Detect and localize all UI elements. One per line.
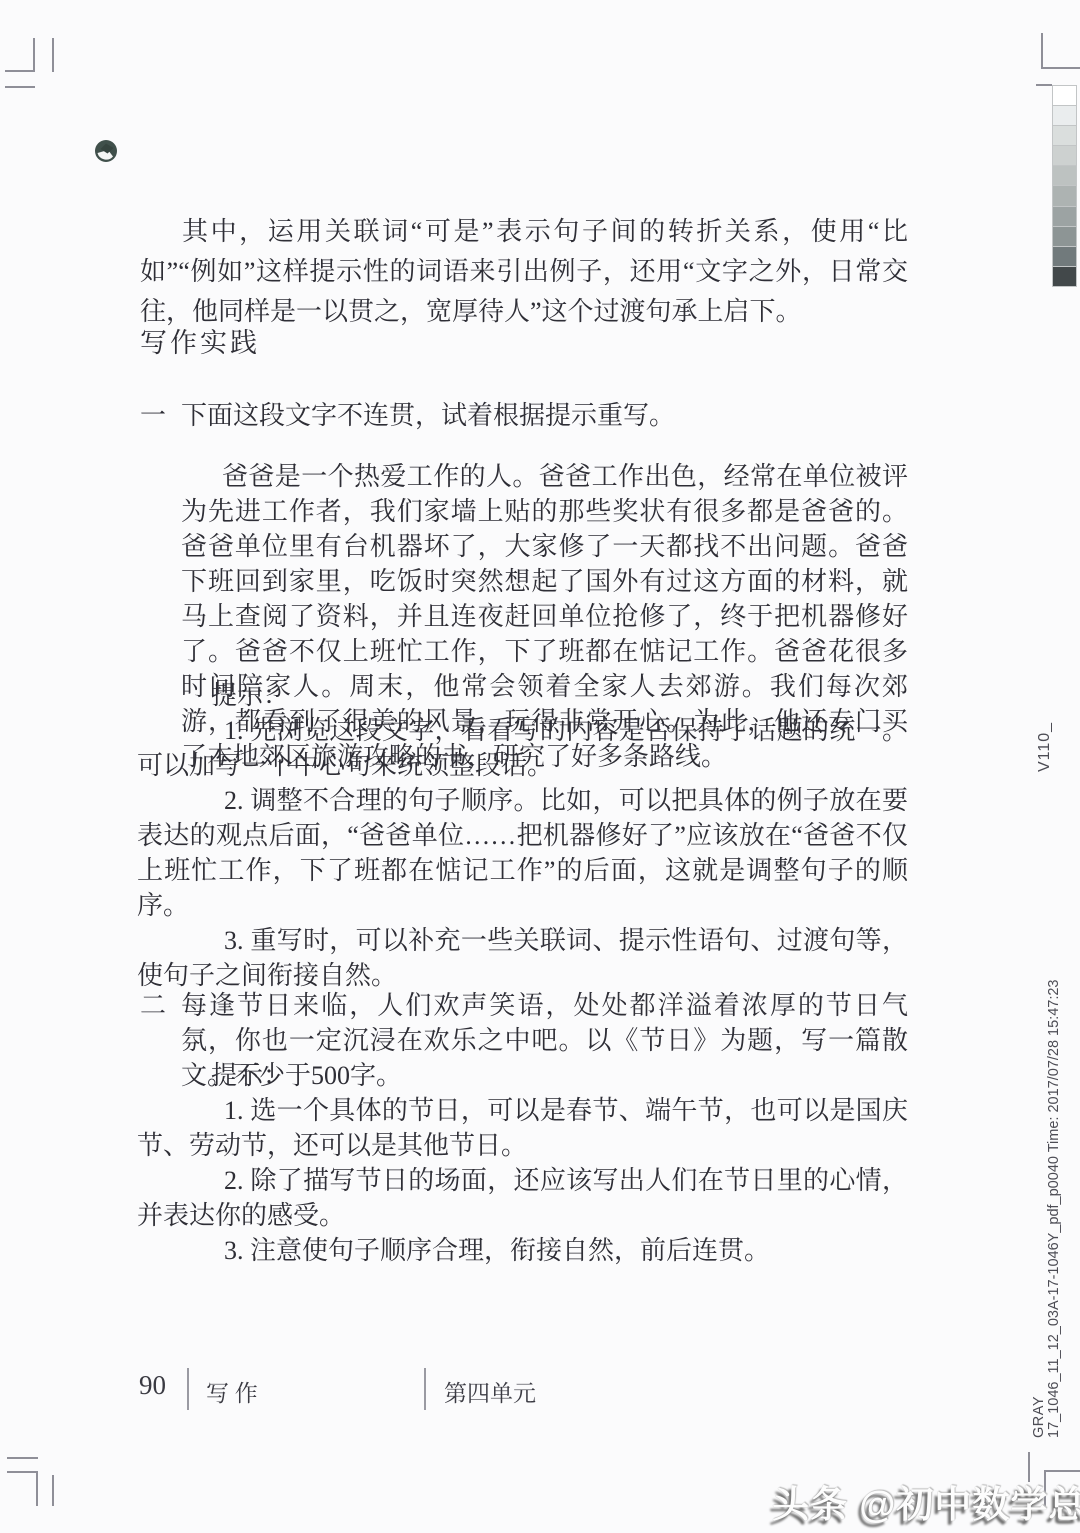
crop-mark-bottom-left (7, 1457, 38, 1459)
footer-divider (187, 1368, 189, 1410)
grayscale-cell (1053, 267, 1076, 286)
grayscale-cell (1053, 126, 1076, 146)
watermark: 头条 @初中数学总复习 (772, 1474, 1080, 1528)
crop-mark-top-right (1041, 67, 1080, 69)
hint-item: 2. 调整不合理的句子顺序。比如，可以把具体的例子放在要表达的观点后面，“爸爸单… (137, 783, 908, 923)
sidebar-scan-block: GRAY 17_1046_11_12_03A-17-1046Y_pdf_p004… (1032, 938, 1062, 1438)
page-number: 90 (139, 1370, 166, 1401)
grayscale-cell (1053, 227, 1076, 247)
crop-mark-top-left (33, 38, 35, 72)
crop-mark-bottom-left (7, 1471, 38, 1473)
hint-item: 2. 除了描写节日的场面，还应该写出人们在节日里的心情，并表达你的感受。 (137, 1163, 908, 1233)
section-heading: 写作实践 (140, 326, 260, 361)
crop-mark-top-left (5, 86, 35, 88)
grayscale-cell (1053, 146, 1076, 166)
grayscale-cell (1053, 207, 1076, 227)
footer-section-label: 写 作 (206, 1375, 258, 1408)
textbook-page: V110_ GRAY 17_1046_11_12_03A-17-1046Y_pd… (0, 0, 1080, 1533)
hint-item: 3. 重写时，可以补充一些关联词、提示性语句、过渡句等，使句子之间衔接自然。 (137, 923, 908, 993)
crop-mark-bottom-left (52, 1475, 54, 1506)
crop-mark-top-right (1036, 84, 1052, 86)
crop-mark-bottom-left (36, 1471, 38, 1506)
sidebar-version-code: V110_ (1036, 677, 1054, 772)
grayscale-cell (1053, 186, 1076, 206)
hint-label: 提示： (137, 678, 908, 713)
publisher-logo-icon (94, 139, 118, 163)
exercise-1-prompt-row: 一 下面这段文字不连贯，试着根据提示重写。 (140, 398, 908, 433)
page-footer: 90 写 作 第四单元 (0, 1368, 1080, 1412)
sidebar-gray-label: GRAY (1032, 938, 1047, 1438)
crop-mark-top-left (5, 70, 35, 72)
crop-mark-top-left (52, 38, 54, 72)
footer-divider (424, 1368, 426, 1410)
exercise-1-marker: 一 (140, 398, 181, 433)
grayscale-cell (1053, 166, 1076, 186)
crop-mark-top-right (1041, 33, 1043, 69)
exercise-2-hints: 提示： 1. 选一个具体的节日，可以是春节、端午节，也可以是国庆节、劳动节，还可… (137, 1058, 908, 1268)
exercise-1-prompt: 下面这段文字不连贯，试着根据提示重写。 (181, 398, 908, 433)
hint-item: 1. 选一个具体的节日，可以是春节、端午节，也可以是国庆节、劳动节，还可以是其他… (137, 1093, 908, 1163)
grayscale-strip (1052, 85, 1077, 287)
intro-paragraph: 其中，运用关联词“可是”表示句子间的转折关系，使用“比如”“例如”这样提示性的词… (140, 212, 908, 332)
exercise-1-hints: 提示： 1. 先浏览这段文字，看看写的内容是否保持了话题的统一。可以加写一个中心… (137, 678, 908, 993)
sidebar-scan-code: 17_1046_11_12_03A-17-1046Y_pdf_p0040 Tim… (1047, 938, 1062, 1438)
grayscale-cell (1053, 106, 1076, 126)
grayscale-cell (1053, 247, 1076, 267)
hint-item: 3. 注意使句子顺序合理，衔接自然，前后连贯。 (137, 1233, 908, 1268)
hint-label: 提示： (137, 1058, 908, 1093)
crop-mark-bottom-right (1044, 1470, 1080, 1472)
grayscale-cell (1053, 86, 1076, 106)
hint-item: 1. 先浏览这段文字，看看写的内容是否保持了话题的统一。可以加写一个中心句来统领… (137, 713, 908, 783)
footer-unit-label: 第四单元 (444, 1375, 536, 1408)
